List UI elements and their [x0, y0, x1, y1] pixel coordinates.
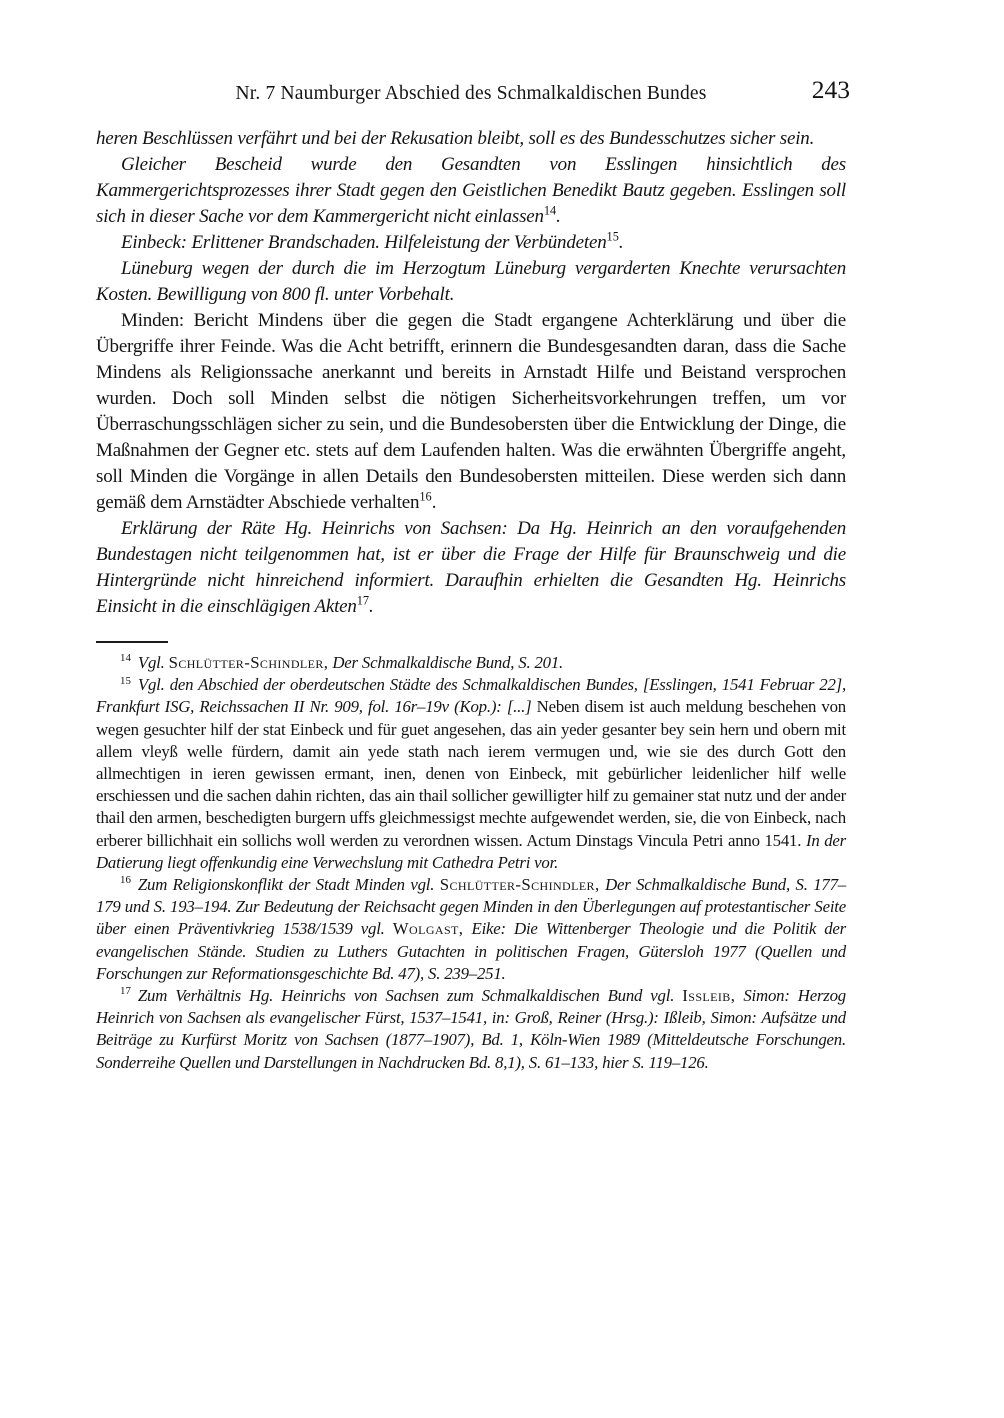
paragraph: Gleicher Bescheid wurde den Gesandten vo… [96, 152, 846, 230]
text-segment: Lüneburg wegen der durch die im Herzogtu… [96, 258, 846, 305]
text-segment: Der Schmalkaldische Bund, S. 201. [328, 653, 563, 672]
footnote-ref: 17 [357, 594, 369, 608]
text-segment: . [556, 206, 561, 227]
page-header: Nr. 7 Naumburger Abschied des Schmalkald… [96, 82, 846, 106]
text-segment: Zum Religionskonflikt der Stadt Minden v… [138, 875, 440, 894]
footnote-ref: 14 [544, 204, 556, 218]
text-segment: Einbeck: Erlittener Brandschaden. Hilfel… [121, 232, 607, 253]
text-segment: Zum Verhältnis Hg. Heinrichs von Sachsen… [138, 986, 682, 1005]
footnote-number: 16 [120, 874, 131, 886]
paragraph: Minden: Bericht Mindens über die gegen d… [96, 308, 846, 516]
footnote: 15Vgl. den Abschied der oberdeutschen St… [96, 674, 846, 874]
footnote: 14Vgl. Schlütter-Schindler, Der Schmalka… [96, 652, 846, 674]
paragraph: Lüneburg wegen der durch die im Herzogtu… [96, 256, 846, 308]
paragraph: heren Beschlüssen verfährt und bei der R… [96, 126, 846, 152]
footnote-ref: 16 [419, 490, 431, 504]
running-title: Nr. 7 Naumburger Abschied des Schmalkald… [96, 82, 846, 106]
text-segment: Erklärung der Räte Hg. Heinrichs von Sac… [96, 518, 846, 617]
footnote: 17Zum Verhältnis Hg. Heinrichs von Sachs… [96, 985, 846, 1074]
text-segment: . [619, 232, 624, 253]
text-segment: heren Beschlüssen verfährt und bei der R… [96, 128, 814, 149]
main-text: heren Beschlüssen verfährt und bei der R… [96, 126, 846, 620]
text-segment: Gleicher Bescheid wurde den Gesandten vo… [96, 154, 846, 227]
paragraph: Einbeck: Erlittener Brandschaden. Hilfel… [96, 230, 846, 256]
footnotes: 14Vgl. Schlütter-Schindler, Der Schmalka… [96, 652, 846, 1074]
footnote-number: 14 [120, 652, 131, 664]
footnote-separator [96, 641, 168, 643]
footnote-number: 17 [120, 985, 131, 997]
footnote-ref: 15 [607, 230, 619, 244]
footnote: 16Zum Religionskonflikt der Stadt Minden… [96, 874, 846, 985]
text-segment: . [432, 492, 437, 513]
text-segment: Neben disem ist auch meldung beschehen v… [96, 697, 846, 849]
text-segment: Schlütter-Schindler, [169, 653, 329, 672]
footnote-number: 15 [120, 675, 131, 687]
paragraph: Erklärung der Räte Hg. Heinrichs von Sac… [96, 516, 846, 620]
book-page: Nr. 7 Naumburger Abschied des Schmalkald… [0, 0, 1004, 1418]
page-number: 243 [812, 77, 850, 102]
text-segment: Wolgast, [393, 919, 464, 938]
text-segment: Minden: Bericht Mindens über die gegen d… [96, 310, 846, 513]
text-segment: . [369, 596, 374, 617]
text-segment: Schlütter-Schindler, [440, 875, 600, 894]
text-segment: Vgl. [138, 653, 169, 672]
text-segment: Issleib, [682, 986, 735, 1005]
